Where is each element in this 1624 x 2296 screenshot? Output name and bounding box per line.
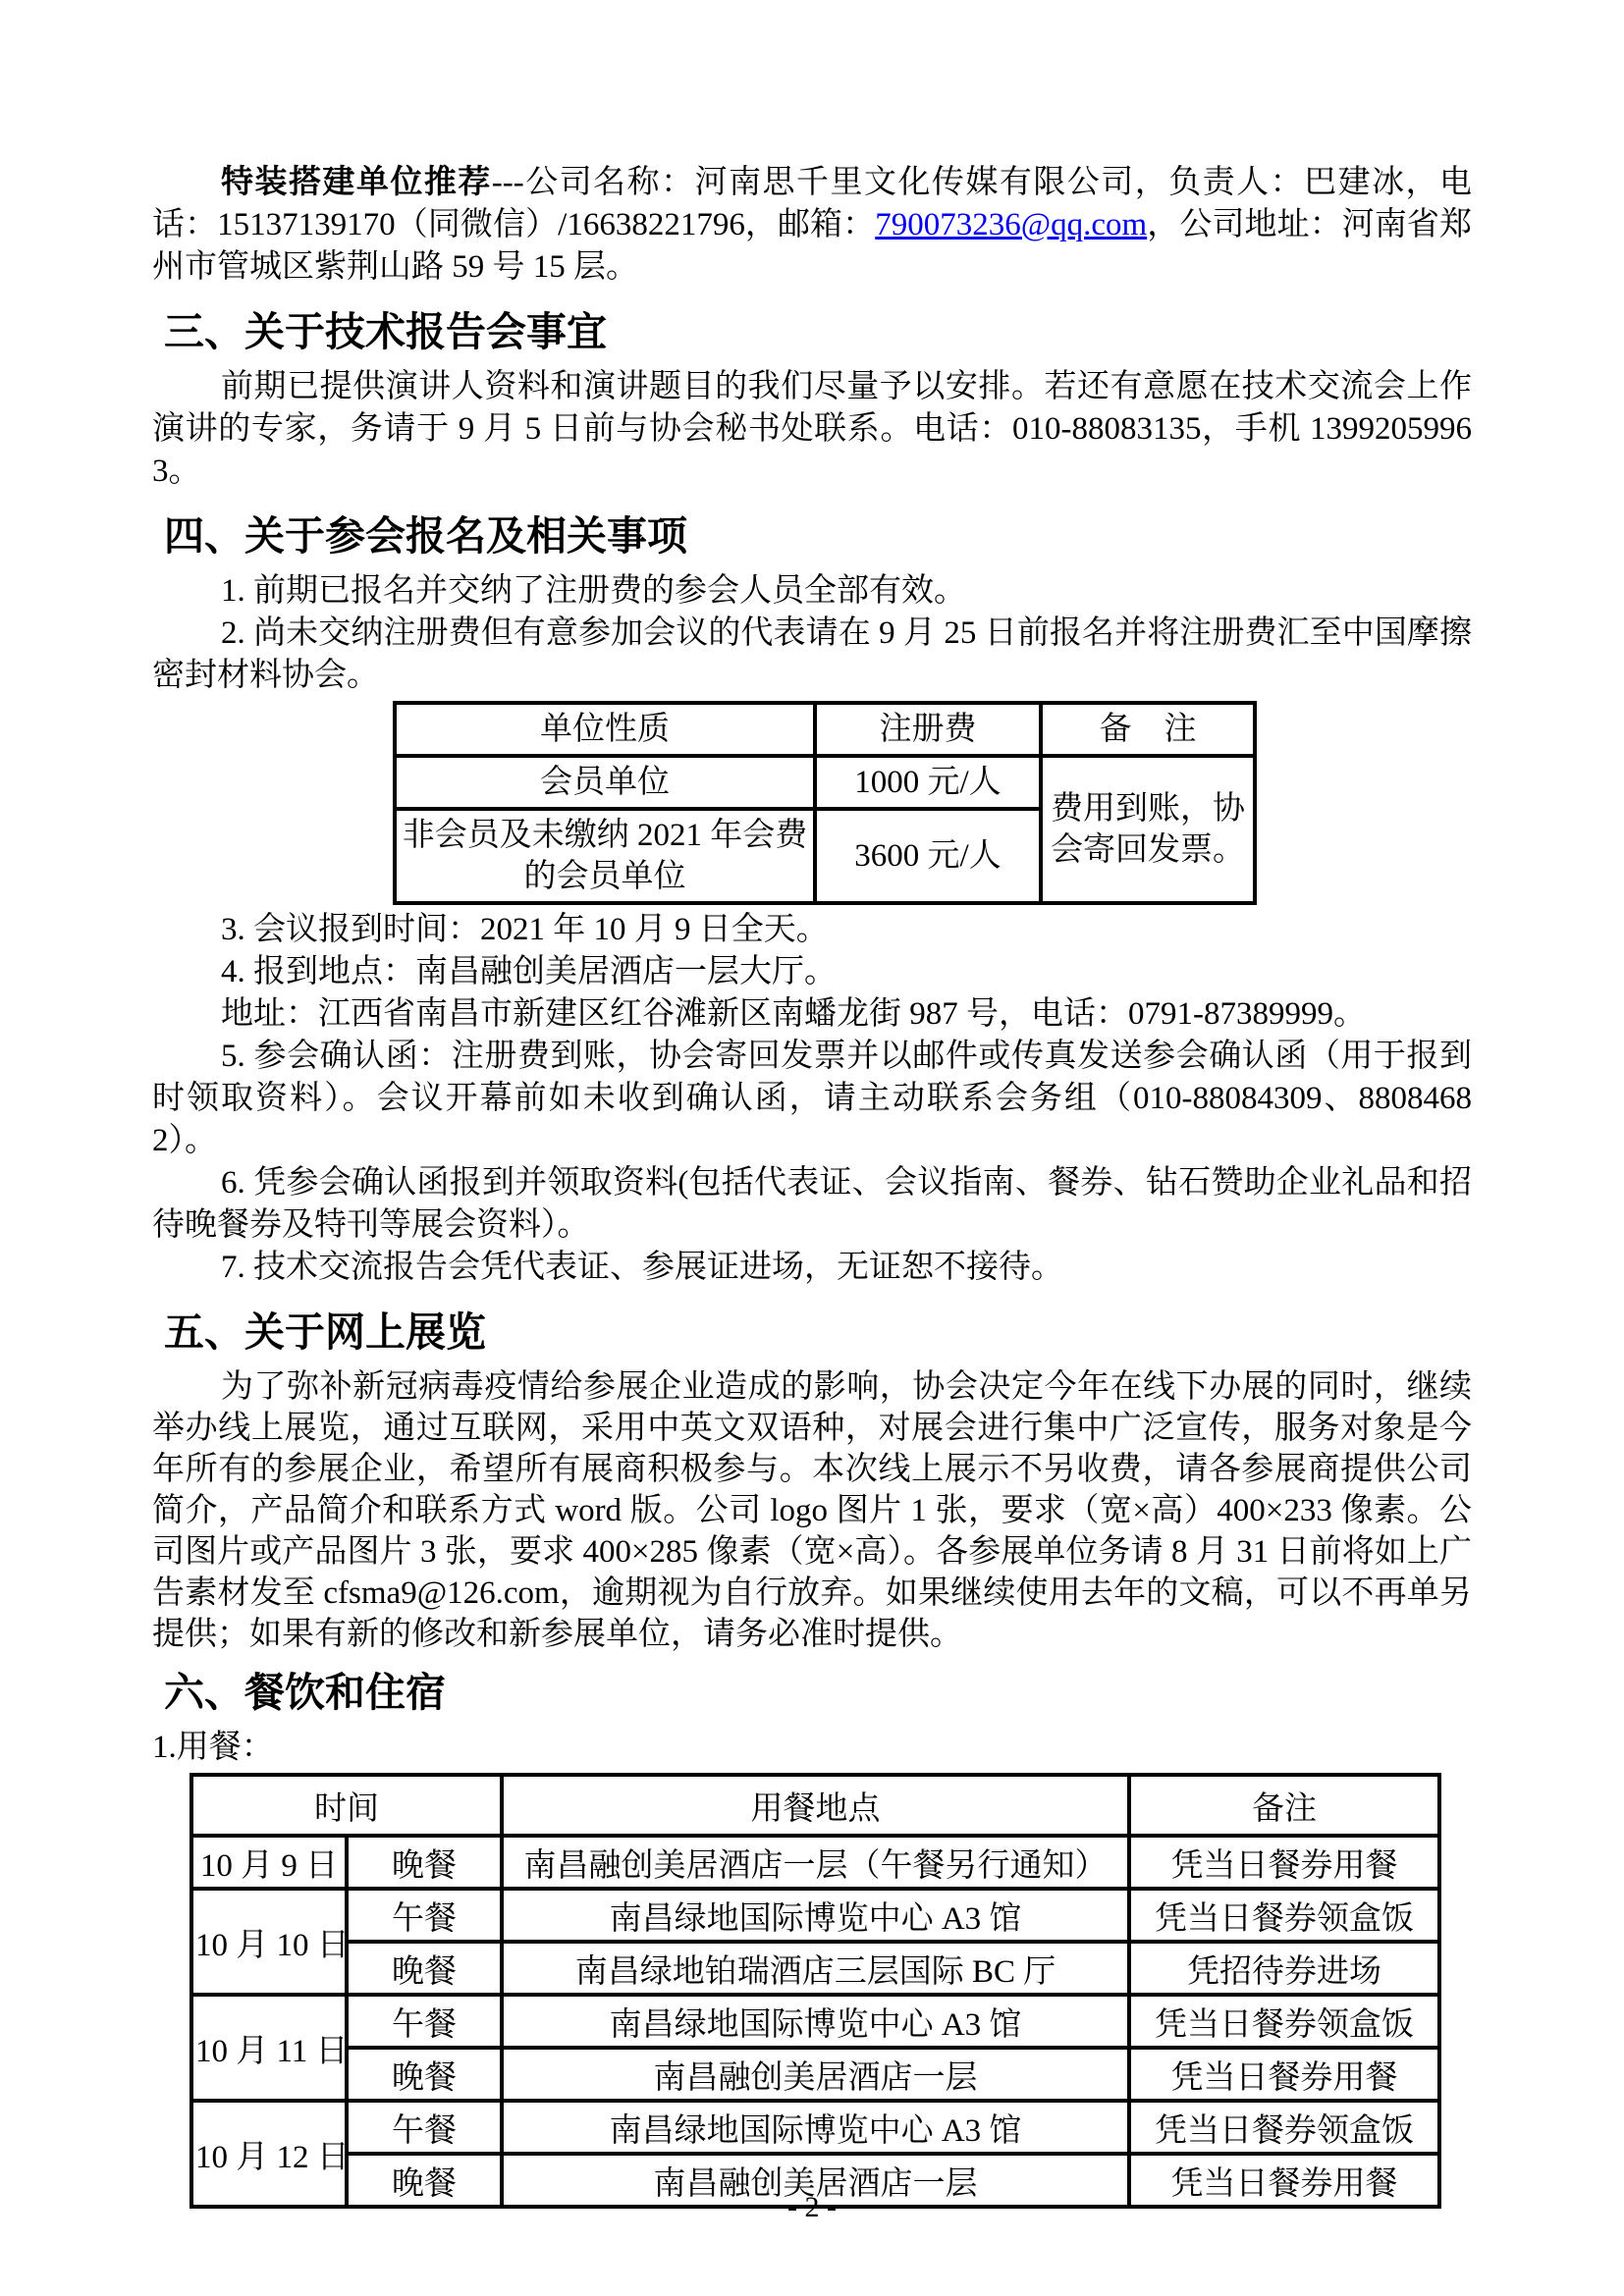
- meal-cell-note: 凭当日餐券领盒饭: [1129, 2101, 1439, 2154]
- meal-cell-place: 南昌绿地国际博览中心 A3 馆: [502, 1889, 1129, 1942]
- fee-header-remark: 备 注: [1041, 703, 1255, 756]
- meal-row-oct9-dinner: 10 月 9 日 晚餐 南昌融创美居酒店一层（午餐另行通知） 凭当日餐券用餐: [191, 1836, 1439, 1889]
- section5-paragraph: 为了弥补新冠病毒疫情给参展企业造成的影响，协会决定今年在线下办展的同时，继续举办…: [152, 1366, 1472, 1655]
- meal-header-time: 时间: [191, 1775, 502, 1836]
- meal-cell-note: 凭当日餐券领盒饭: [1129, 1995, 1439, 2048]
- fee-header-unit-type: 单位性质: [395, 703, 815, 756]
- section3-paragraph: 前期已提供演讲人资料和演讲题目的我们尽量予以安排。若还有意愿在技术交流会上作演讲…: [152, 366, 1472, 493]
- section4-item-1: 1. 前期已报名并交纳了注册费的参会人员全部有效。: [152, 570, 1472, 613]
- meal-row-oct12-lunch: 10 月 12 日 午餐 南昌绿地国际博览中心 A3 馆 凭当日餐券领盒饭: [191, 2101, 1439, 2154]
- fee-table-row-member: 会员单位 1000 元/人 费用到账，协会寄回发票。: [395, 756, 1255, 809]
- meal-schedule-table: 时间 用餐地点 备注 10 月 9 日 晚餐 南昌融创美居酒店一层（午餐另行通知…: [189, 1773, 1441, 2209]
- section4-item-3: 3. 会议报到时间：2021 年 10 月 9 日全天。: [152, 909, 1472, 951]
- fee-header-registration-fee: 注册费: [815, 703, 1041, 756]
- section6-meals-label: 1.用餐：: [152, 1727, 1472, 1769]
- fee-table-header-row: 单位性质 注册费 备 注: [395, 703, 1255, 756]
- section6-heading: 六、餐饮和住宿: [164, 1671, 1472, 1715]
- section4-item-7: 7. 技术交流报告会凭代表证、参展证进场，无证恕不接待。: [152, 1247, 1472, 1289]
- section5-heading: 五、关于网上展览: [164, 1310, 1472, 1355]
- page-number: - 2 -: [0, 2191, 1624, 2224]
- page-content: 特装搭建单位推荐---公司名称：河南思千里文化传媒有限公司，负责人：巴建冰，电话…: [152, 162, 1472, 2209]
- meal-header-place: 用餐地点: [502, 1775, 1129, 1836]
- meal-cell-meal: 午餐: [347, 1889, 502, 1942]
- section3-heading: 三、关于技术报告会事宜: [164, 310, 1472, 354]
- fee-cell-fee: 3600 元/人: [815, 809, 1041, 903]
- section4-item-5: 5. 参会确认函：注册费到账，协会寄回发票并以邮件或传真发送参会确认函（用于报到…: [152, 1036, 1472, 1162]
- fee-cell-unit: 会员单位: [395, 756, 815, 809]
- meal-row-oct10-lunch: 10 月 10 日 午餐 南昌绿地国际博览中心 A3 馆 凭当日餐券领盒饭: [191, 1889, 1439, 1942]
- fee-cell-note: 费用到账，协会寄回发票。: [1041, 756, 1255, 903]
- fee-cell-unit: 非会员及未缴纳 2021 年会费的会员单位: [395, 809, 815, 903]
- meal-cell-meal: 午餐: [347, 2101, 502, 2154]
- meal-cell-place: 南昌融创美居酒店一层（午餐另行通知）: [502, 1836, 1129, 1889]
- registration-fee-table: 单位性质 注册费 备 注 会员单位 1000 元/人 费用到账，协会寄回发票。 …: [393, 701, 1257, 905]
- meal-cell-meal: 午餐: [347, 1995, 502, 2048]
- section4-item-6: 6. 凭参会确认函报到并领取资料(包括代表证、会议指南、餐券、钻石赞助企业礼品和…: [152, 1162, 1472, 1247]
- meal-cell-place: 南昌绿地国际博览中心 A3 馆: [502, 1995, 1129, 2048]
- meal-table-header-row: 时间 用餐地点 备注: [191, 1775, 1439, 1836]
- meal-cell-note: 凭当日餐券用餐: [1129, 2048, 1439, 2101]
- paragraph-contractor-recommendation: 特装搭建单位推荐---公司名称：河南思千里文化传媒有限公司，负责人：巴建冰，电话…: [152, 162, 1472, 289]
- meal-row-oct11-lunch: 10 月 11 日 午餐 南昌绿地国际博览中心 A3 馆 凭当日餐券领盒饭: [191, 1995, 1439, 2048]
- meal-cell-date: 10 月 9 日: [191, 1836, 347, 1889]
- meal-cell-place: 南昌绿地铂瑞酒店三层国际 BC 厅: [502, 1942, 1129, 1995]
- section4-heading: 四、关于参会报名及相关事项: [164, 514, 1472, 559]
- section4-address-line: 地址：江西省南昌市新建区红谷滩新区南蟠龙街 987 号，电话：0791-8738…: [152, 993, 1472, 1036]
- section4-item-4: 4. 报到地点：南昌融创美居酒店一层大厅。: [152, 951, 1472, 993]
- meal-cell-date: 10 月 10 日: [191, 1889, 347, 1995]
- meal-cell-meal: 晚餐: [347, 1836, 502, 1889]
- document-page: 特装搭建单位推荐---公司名称：河南思千里文化传媒有限公司，负责人：巴建冰，电话…: [0, 0, 1624, 2296]
- meal-cell-note: 凭当日餐券领盒饭: [1129, 1889, 1439, 1942]
- meal-row-oct11-dinner: 晚餐 南昌融创美居酒店一层 凭当日餐券用餐: [191, 2048, 1439, 2101]
- contractor-recommendation-lead: 特装搭建单位推荐: [221, 165, 492, 200]
- meal-header-remark: 备注: [1129, 1775, 1439, 1836]
- meal-cell-place: 南昌绿地国际博览中心 A3 馆: [502, 2101, 1129, 2154]
- meal-cell-note: 凭招待券进场: [1129, 1942, 1439, 1995]
- email-link[interactable]: 790073236@qq.com: [875, 207, 1147, 242]
- meal-row-oct10-dinner: 晚餐 南昌绿地铂瑞酒店三层国际 BC 厅 凭招待券进场: [191, 1942, 1439, 1995]
- meal-cell-meal: 晚餐: [347, 2048, 502, 2101]
- section4-item-2: 2. 尚未交纳注册费但有意参加会议的代表请在 9 月 25 日前报名并将注册费汇…: [152, 613, 1472, 697]
- meal-cell-date: 10 月 11 日: [191, 1995, 347, 2101]
- fee-cell-fee: 1000 元/人: [815, 756, 1041, 809]
- meal-cell-meal: 晚餐: [347, 1942, 502, 1995]
- meal-cell-note: 凭当日餐券用餐: [1129, 1836, 1439, 1889]
- meal-cell-place: 南昌融创美居酒店一层: [502, 2048, 1129, 2101]
